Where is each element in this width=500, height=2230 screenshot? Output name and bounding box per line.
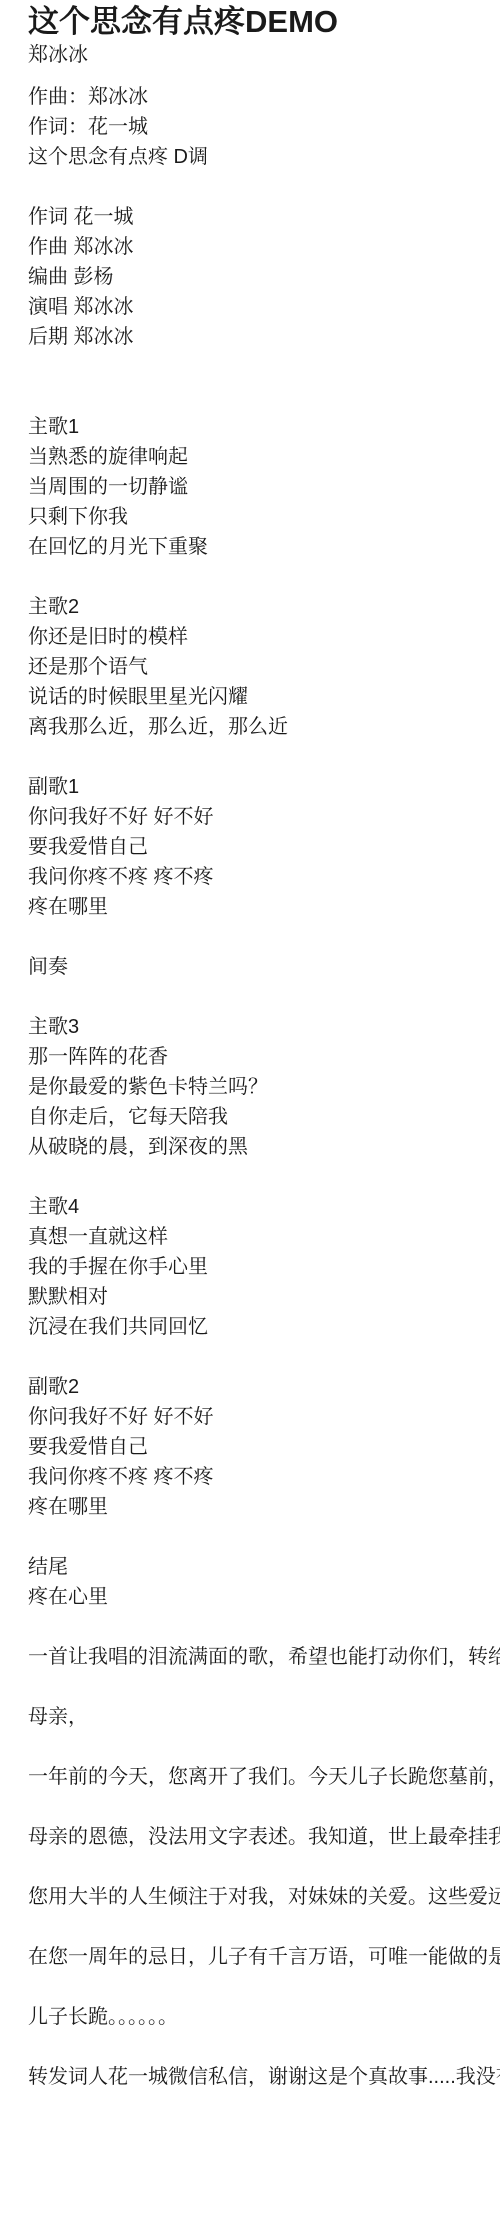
lyric-line: 我的手握在你手心里 (28, 1252, 500, 1282)
notes-section: 一首让我唱的泪流满面的歌，希望也能打动你们，转给母亲，一年前的今天，您离开了我们… (28, 1642, 500, 2092)
lyrics-page: 这个思念有点疼DEMO 郑冰冰 作曲：郑冰冰 作词：花一城 这个思念有点疼 D调… (0, 0, 500, 2092)
note-paragraph: 母亲， (28, 1702, 500, 1732)
note-paragraph: 儿子长跪。。。。。。 (28, 2002, 500, 2032)
stanza-label: 主歌3 (28, 1012, 500, 1042)
credit-line-arrange: 编曲 彭杨 (28, 262, 500, 292)
lyric-line: 我问你疼不疼 疼不疼 (28, 1462, 500, 1492)
lyric-line: 当熟悉的旋律响起 (28, 442, 500, 472)
credit-line-compose: 作曲 郑冰冰 (28, 232, 500, 262)
credits-block: 作词 花一城 作曲 郑冰冰 编曲 彭杨 演唱 郑冰冰 后期 郑冰冰 (28, 202, 500, 352)
lyric-line: 自你走后，它每天陪我 (28, 1102, 500, 1132)
meta-block: 作曲：郑冰冰 作词：花一城 这个思念有点疼 D调 (28, 82, 500, 172)
note-paragraph: 在您一周年的忌日，儿子有千言万语，可唯一能做的是 (28, 1942, 500, 1972)
lyric-line: 从破晓的晨，到深夜的黑 (28, 1132, 500, 1162)
lyric-line: 要我爱惜自己 (28, 1432, 500, 1462)
credit-line-vocal: 演唱 郑冰冰 (28, 292, 500, 322)
note-paragraph: 一首让我唱的泪流满面的歌，希望也能打动你们，转给 (28, 1642, 500, 1672)
lyric-line: 疼在心里 (28, 1582, 500, 1612)
stanza: 主歌3那一阵阵的花香是你最爱的紫色卡特兰吗？自你走后，它每天陪我从破晓的晨，到深… (28, 1012, 500, 1162)
note-paragraph: 转发词人花一城微信私信，谢谢这是个真故事.....我没有 (28, 2062, 500, 2092)
stanza: 主歌4真想一直就这样我的手握在你手心里默默相对沉浸在我们共同回忆 (28, 1192, 500, 1342)
lyric-line: 只剩下你我 (28, 502, 500, 532)
stanza-label: 副歌1 (28, 772, 500, 802)
lyric-line: 要我爱惜自己 (28, 832, 500, 862)
note-paragraph: 一年前的今天，您离开了我们。今天儿子长跪您墓前， (28, 1762, 500, 1792)
note-paragraph: 您用大半的人生倾注于对我，对妹妹的关爱。这些爱远 (28, 1882, 500, 1912)
lyric-line: 疼在哪里 (28, 1492, 500, 1522)
lyric-line: 说话的时候眼里星光闪耀 (28, 682, 500, 712)
meta-line-composer: 作曲：郑冰冰 (28, 82, 500, 112)
lyric-line: 默默相对 (28, 1282, 500, 1312)
stanza-label: 主歌1 (28, 412, 500, 442)
lyric-line: 沉浸在我们共同回忆 (28, 1312, 500, 1342)
lyric-line: 还是那个语气 (28, 652, 500, 682)
stanza: 间奏 (28, 952, 500, 982)
meta-line-song-key: 这个思念有点疼 D调 (28, 142, 500, 172)
lyric-line: 是你最爱的紫色卡特兰吗？ (28, 1072, 500, 1102)
note-paragraph: 母亲的恩德，没法用文字表述。我知道，世上最牵挂我 (28, 1822, 500, 1852)
lyric-line: 真想一直就这样 (28, 1222, 500, 1252)
stanza: 主歌1当熟悉的旋律响起当周围的一切静谧只剩下你我在回忆的月光下重聚 (28, 412, 500, 562)
credit-line-lyrics: 作词 花一城 (28, 202, 500, 232)
lyric-line: 我问你疼不疼 疼不疼 (28, 862, 500, 892)
lyric-line: 那一阵阵的花香 (28, 1042, 500, 1072)
lyric-line: 疼在哪里 (28, 892, 500, 922)
lyric-line: 你问我好不好 好不好 (28, 802, 500, 832)
stanza-label: 结尾 (28, 1552, 500, 1582)
page-title: 这个思念有点疼DEMO (28, 4, 500, 40)
lyric-line: 离我那么近，那么近，那么近 (28, 712, 500, 742)
lyrics-sections: 主歌1当熟悉的旋律响起当周围的一切静谧只剩下你我在回忆的月光下重聚主歌2你还是旧… (28, 412, 500, 1612)
stanza-label: 主歌2 (28, 592, 500, 622)
lyric-line: 你还是旧时的模样 (28, 622, 500, 652)
stanza-label: 主歌4 (28, 1192, 500, 1222)
stanza: 副歌1你问我好不好 好不好要我爱惜自己我问你疼不疼 疼不疼疼在哪里 (28, 772, 500, 922)
lyric-line: 你问我好不好 好不好 (28, 1402, 500, 1432)
stanza: 主歌2你还是旧时的模样还是那个语气说话的时候眼里星光闪耀离我那么近，那么近，那么… (28, 592, 500, 742)
stanza-label: 副歌2 (28, 1372, 500, 1402)
stanza-label: 间奏 (28, 952, 500, 982)
artist-name: 郑冰冰 (28, 40, 500, 70)
lyric-line: 当周围的一切静谧 (28, 472, 500, 502)
meta-line-lyricist: 作词：花一城 (28, 112, 500, 142)
stanza: 结尾疼在心里 (28, 1552, 500, 1612)
stanza: 副歌2你问我好不好 好不好要我爱惜自己我问你疼不疼 疼不疼疼在哪里 (28, 1372, 500, 1522)
lyric-line: 在回忆的月光下重聚 (28, 532, 500, 562)
credit-line-postprod: 后期 郑冰冰 (28, 322, 500, 352)
